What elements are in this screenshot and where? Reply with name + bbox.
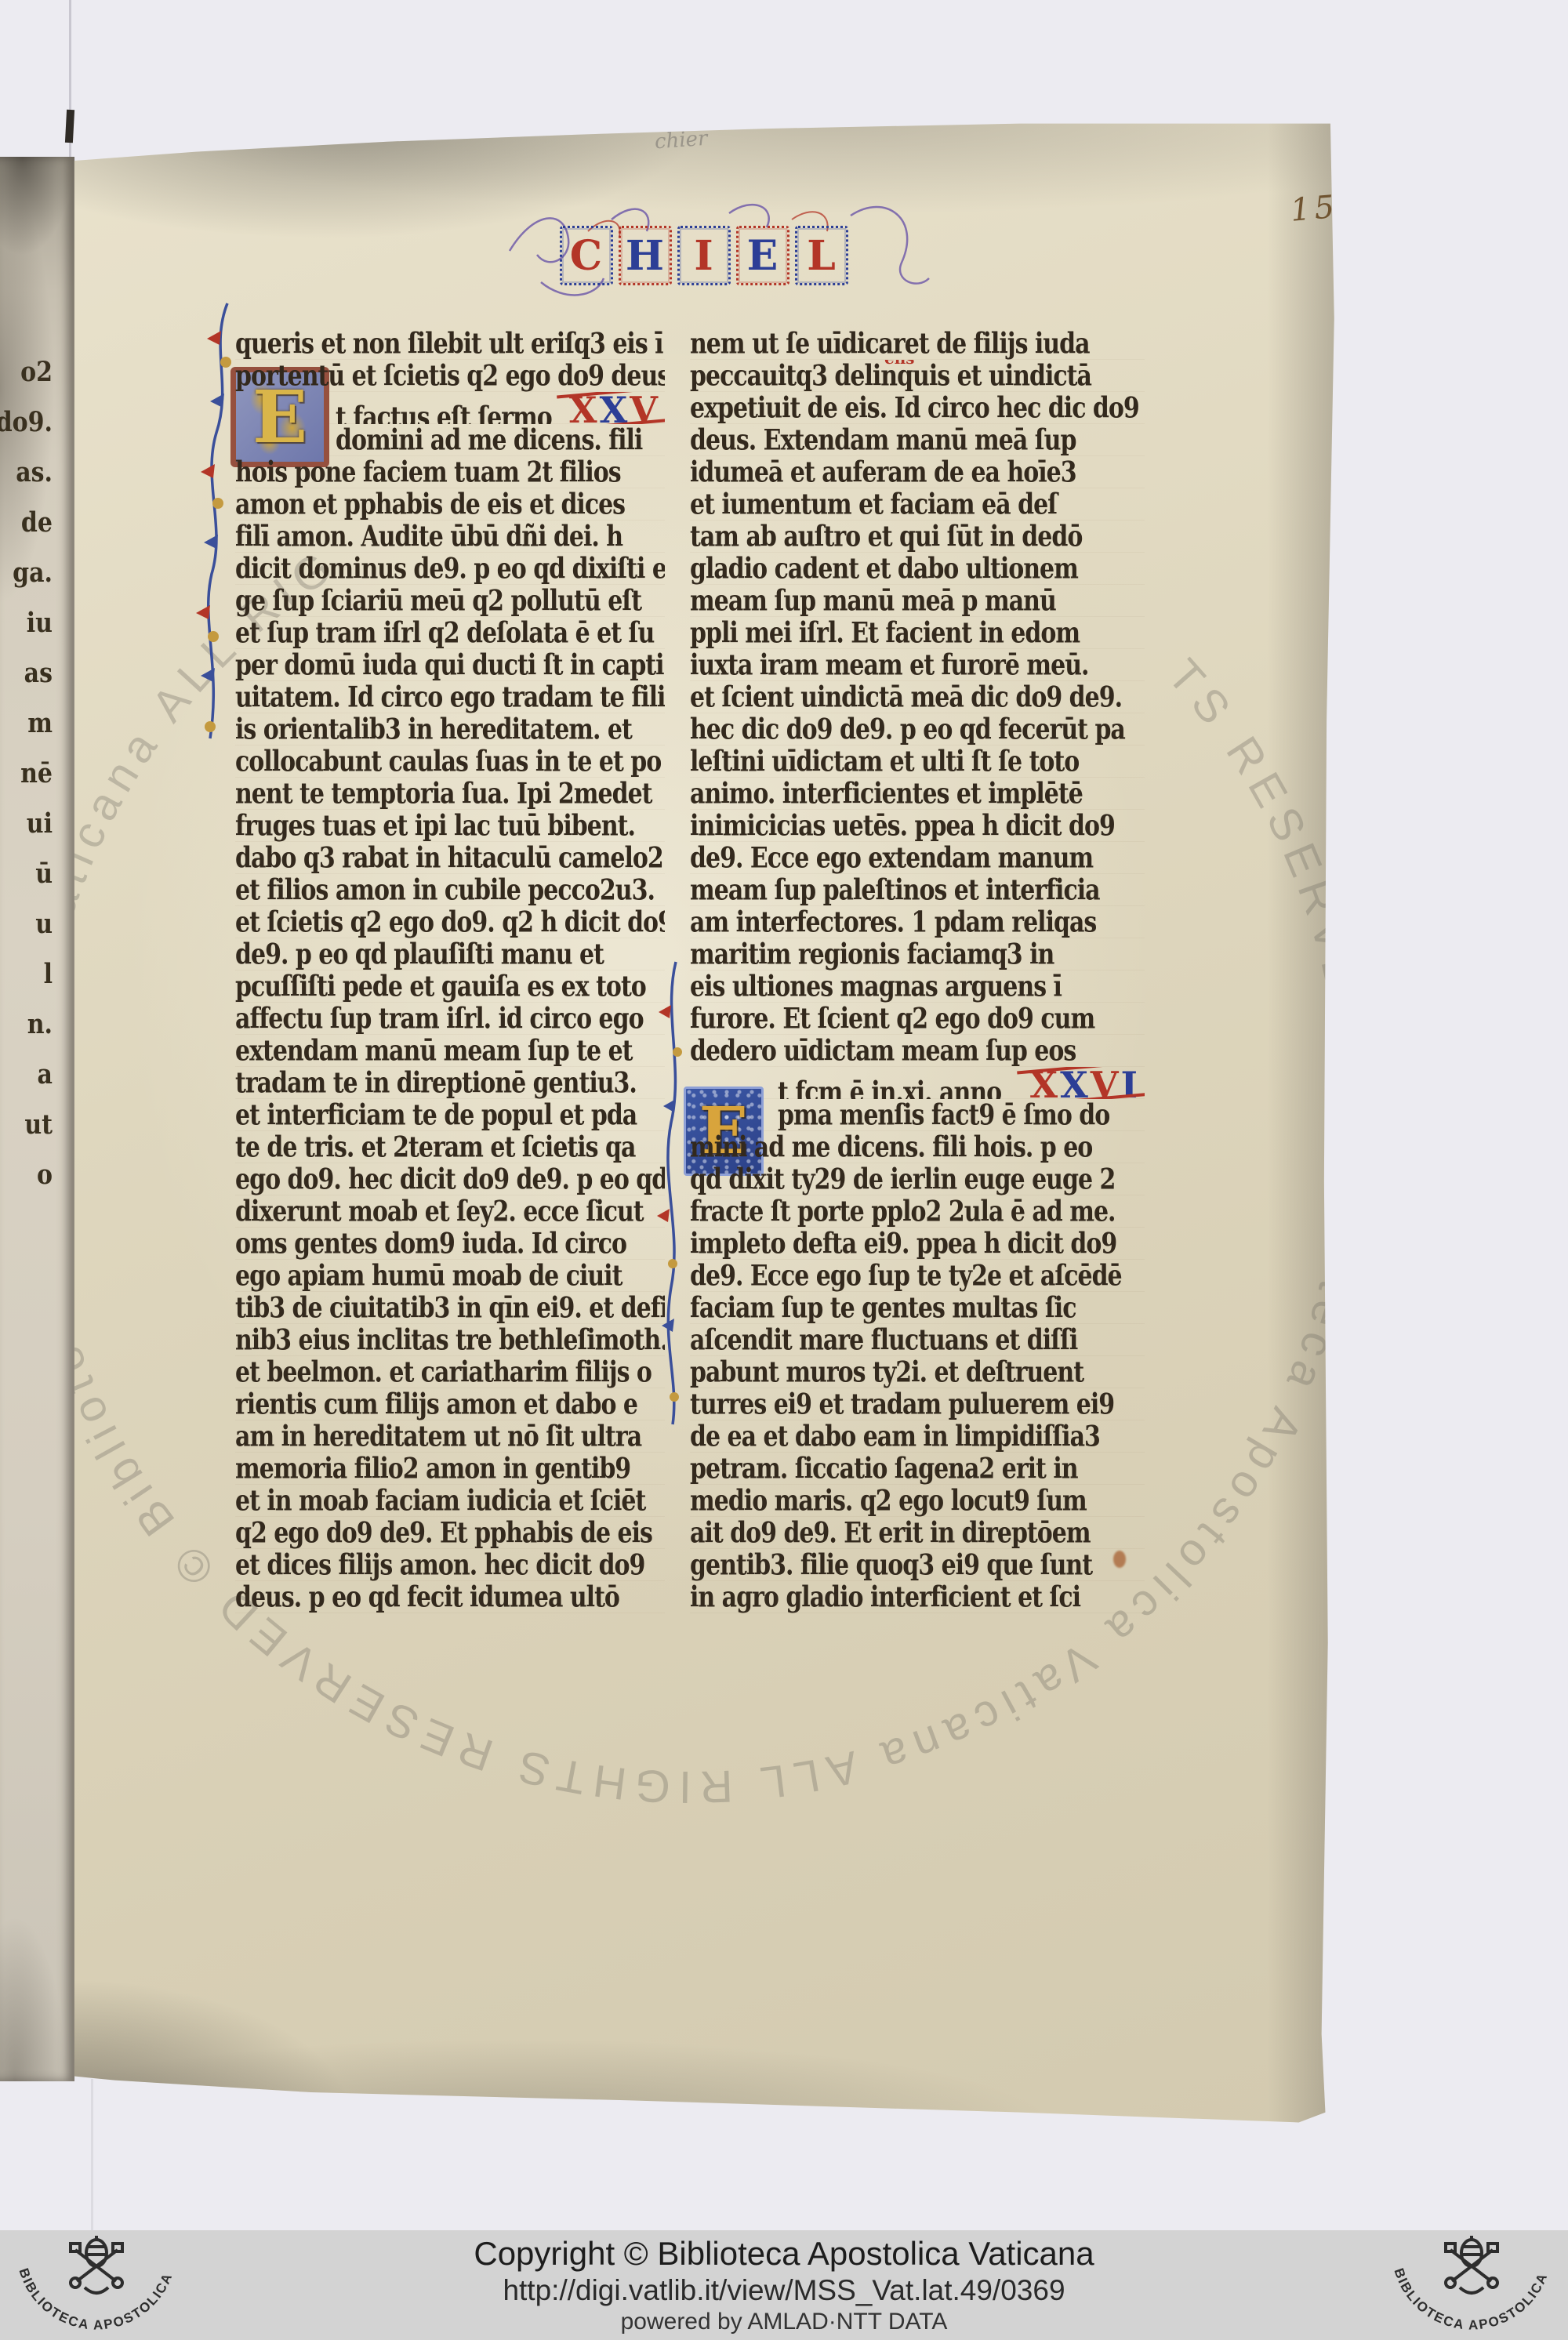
manuscript-line: q2 ego do9 de9. Et pphabis de eis xyxy=(235,1517,665,1549)
running-title-letter: L xyxy=(795,226,848,285)
manuscript-line: te de tris. et 2teram et ſcietis qa xyxy=(235,1131,665,1163)
manuscript-line: et dices filijs amon. hec dicit do9 xyxy=(235,1549,665,1581)
margin-text-fragment: ū xyxy=(35,858,53,914)
margin-text-fragment: n. xyxy=(27,1009,53,1065)
manuscript-line: inimicicias uetēs. ppea h dicit do9 xyxy=(690,810,1145,842)
margin-text-fragment: iu xyxy=(27,608,53,663)
manuscript-line: ego apiam humū moab de ciuit xyxy=(235,1260,665,1292)
pencil-annotation: chier xyxy=(654,127,708,154)
chapter-numeral: XXVI xyxy=(1025,1067,1145,1099)
manuscript-line: tib3 de ciuitatib3 in qīn ei9. et defi xyxy=(235,1292,665,1324)
manuscript-line: qd dixit ty29 de ierlin euge euge 2 xyxy=(690,1163,1145,1195)
manuscript-column-left: E queris et non ſilebit ult eriſq3 eis ī… xyxy=(235,328,665,1613)
running-title-letter: C xyxy=(560,226,613,285)
manuscript-line: t factus eſt ſermoXXV xyxy=(235,392,665,424)
manuscript-line: domini ad me dicens. fili xyxy=(235,424,665,456)
footer-url: http://digi.vatlib.it/view/MSS_Vat.lat.4… xyxy=(503,2274,1065,2307)
manuscript-line: filī amon. Audite ūbū dñi dei. h xyxy=(235,521,665,553)
manuscript-column-right: E nem ut ſe uīdicaret de filijs iudapecc… xyxy=(690,328,1145,1613)
manuscript-line: in agro gladio interficient et ſci xyxy=(690,1581,1145,1613)
manuscript-line: pcuſſiſti pede et gauiſa es ex toto xyxy=(235,970,665,1003)
folio-number: 153 xyxy=(1289,187,1363,229)
manuscript-line: affectu ſup tram iſrl. id circo ego xyxy=(235,1003,665,1035)
manuscript-line: deus. Extendam manū meā ſup xyxy=(690,424,1145,456)
manuscript-line: faciam ſup te gentes multas ſic xyxy=(690,1292,1145,1324)
manuscript-line: expetiuit de eis. Id circo hec dic do9 xyxy=(690,392,1145,424)
manuscript-line: deus. p eo qd fecit idumea ultō xyxy=(235,1581,665,1613)
manuscript-line: ppli mei iſrl. Et facient in edom xyxy=(690,617,1145,649)
manuscript-line: furore. Et ſcient q2 ego do9 cum xyxy=(690,1003,1145,1035)
manuscript-line: ego do9. hec dicit do9 de9. p eo qd xyxy=(235,1163,665,1195)
manuscript-line: mini ad me dicens. fili hois. p eo xyxy=(690,1131,1145,1163)
running-title-letter: H xyxy=(619,226,672,285)
manuscript-line: et in moab faciam iudicia et ſciēt xyxy=(235,1485,665,1517)
binding-notch xyxy=(65,110,74,143)
margin-text-fragment: do9. xyxy=(0,407,53,463)
manuscript-line: turres ei9 et tradam puluerem ei9 xyxy=(690,1388,1145,1420)
corner-mark-number: 33 xyxy=(1417,1913,1457,1950)
manuscript-line: dixerunt moab et ſey2. ecce ſicut xyxy=(235,1195,665,1228)
digitized-manuscript-scan: { "document": { "folio_number": "153", "… xyxy=(0,0,1568,2340)
manuscript-line: maritim regionis faciamq3 in xyxy=(690,938,1145,970)
manuscript-line: de9. Ecce ego extendam manum xyxy=(690,842,1145,874)
margin-text-fragment: as. xyxy=(16,457,53,513)
manuscript-line: meam ſup paleſtinos et interficia xyxy=(690,874,1145,906)
manuscript-line: et ſcient uindictā meā dic do9 de9. xyxy=(690,681,1145,713)
manuscript-line: gladio cadent et dabo ultionem xyxy=(690,553,1145,585)
page-seam xyxy=(91,2079,93,2233)
corner-mark-squiggle: ~ xyxy=(1421,1940,1460,1962)
manuscript-line: et ſup tram iſrl q2 deſolata ē et ſu xyxy=(235,617,665,649)
manuscript-line: leſtini uīdictam et ulti ſt ſe toto xyxy=(690,746,1145,778)
manuscript-line: extendam manū meam ſup te et xyxy=(235,1035,665,1067)
manuscript-line: per domū iuda qui ducti ſt in capti xyxy=(235,649,665,681)
manuscript-line: et iumentum et faciam eā deſ xyxy=(690,488,1145,521)
manuscript-line: de ea et dabo eam in limpidiſſia3 xyxy=(690,1420,1145,1453)
manuscript-line: nib3 eius inclitas tre bethleſimoth. xyxy=(235,1324,665,1356)
manuscript-line: et beelmon. et cariatharim filijs o xyxy=(235,1356,665,1388)
manuscript-line: de9. Ecce ego ſup te ty2e et aſcēdē xyxy=(690,1260,1145,1292)
margin-text-fragment: de xyxy=(21,507,53,563)
manuscript-line: nent te temptoria ſua. Ipi 2medet xyxy=(235,778,665,810)
margin-text-fragment: u xyxy=(35,909,53,964)
manuscript-line: ait do9 de9. Et erit in direptōem xyxy=(690,1517,1145,1549)
footer-copyright: Copyright © Biblioteca Apostolica Vatica… xyxy=(474,2235,1094,2273)
manuscript-line: fruges tuas et ipi lac tuū bibent. xyxy=(235,810,665,842)
margin-text-fragment: ui xyxy=(27,808,53,864)
manuscript-line: idumeā et auferam de ea hoīe3 xyxy=(690,456,1145,488)
manuscript-line: impleto defta ei9. ppea h dicit do9 xyxy=(690,1228,1145,1260)
margin-text-fragment: o xyxy=(37,1159,53,1215)
footer-powered-by: powered by AMLAD·NTT DATA xyxy=(621,2309,948,2335)
running-title-letter: E xyxy=(736,226,789,285)
manuscript-line: dicit dominus de9. p eo qd dixiſti eu xyxy=(235,553,665,585)
manuscript-line: aſcendit mare fluctuans et diſſi xyxy=(690,1324,1145,1356)
page-stack-strip: o2do9.as.dega.iuasmnēuiūuln.auto xyxy=(0,157,74,2081)
scribal-correction: ens xyxy=(884,360,915,368)
footer-bar: Copyright © Biblioteca Apostolica Vatica… xyxy=(0,2230,1568,2340)
margin-text-fragment: o2 xyxy=(20,357,53,412)
manuscript-line: nem ut ſe uīdicaret de filijs iuda xyxy=(690,328,1145,360)
manuscript-line: memoria filio2 amon in gentib9 xyxy=(235,1453,665,1485)
margin-text-fragment: l xyxy=(44,959,53,1014)
manuscript-line: peccauitq3 delinquis et uindictāens xyxy=(690,360,1145,392)
manuscript-line: hec dic do9 de9. p eo qd fecerūt pa xyxy=(690,713,1145,746)
manuscript-line: collocabunt caulas ſuas in te et po xyxy=(235,746,665,778)
manuscript-line: petram. ſiccatio ſagena2 erit in xyxy=(690,1453,1145,1485)
manuscript-line: fracte ſt porte pplo2 2ula ē ad me. xyxy=(690,1195,1145,1228)
manuscript-line: tam ab auſtro et qui ſūt in dedō xyxy=(690,521,1145,553)
manuscript-line: hois pone faciem tuam 2t filios xyxy=(235,456,665,488)
margin-text-fragment: a xyxy=(38,1059,53,1115)
manuscript-line: rientis cum filijs amon et dabo e xyxy=(235,1388,665,1420)
parchment-page: TS RESERVED © Biblioteca Apostolica Vati… xyxy=(71,118,1337,2124)
manuscript-line: et ſcietis q2 ego do9. q2 h dicit do9 xyxy=(235,906,665,938)
manuscript-line: am interfectores. 1 pdam reliqas xyxy=(690,906,1145,938)
manuscript-line: dedero uīdictam meam ſup eos xyxy=(690,1035,1145,1067)
manuscript-line: queris et non ſilebit ult eriſq3 eis ī xyxy=(235,328,665,360)
manuscript-line: de9. p eo qd plauſiſti manu et xyxy=(235,938,665,970)
manuscript-line: meam ſup manū meā p manū xyxy=(690,585,1145,617)
manuscript-line: ge ſup ſciariū meū q2 pollutū eſt xyxy=(235,585,665,617)
manuscript-line: pabunt muros ty2i. et deſtruent xyxy=(690,1356,1145,1388)
corner-mark: 33 ~ xyxy=(1417,1917,1460,1962)
vatican-library-logo-right: BIBLIOTECA APOSTOLICA VATICANA xyxy=(1381,2232,1562,2337)
manuscript-line: pma menſis fact9 ē ſmo do xyxy=(690,1099,1145,1131)
margin-text-fragment: m xyxy=(27,708,53,764)
margin-text-fragment: nē xyxy=(20,758,53,814)
manuscript-line: t fcm ē in.xi. annoXXVI xyxy=(690,1067,1145,1099)
running-title: CHIEL xyxy=(71,226,1337,285)
manuscript-line: uitatem. Id circo ego tradam te fili xyxy=(235,681,665,713)
crossed-keys-icon xyxy=(71,2236,122,2293)
manuscript-line: am in hereditatem ut nō ſit ultra xyxy=(235,1420,665,1453)
manuscript-line: is orientalib3 in hereditatem. et xyxy=(235,713,665,746)
manuscript-line: tradam te in direptionē gentiu3. xyxy=(235,1067,665,1099)
margin-text-fragment: ga. xyxy=(13,557,53,613)
running-title-letter: I xyxy=(677,226,731,285)
manuscript-line: et interficiam te de popul et pda xyxy=(235,1099,665,1131)
manuscript-line: eis ultiones magnas arguens ī xyxy=(690,970,1145,1003)
chapter-numeral: XXV xyxy=(564,392,665,424)
manuscript-line: dabo q3 rabat in hitaculū camelo2 xyxy=(235,842,665,874)
crossed-keys-icon xyxy=(1446,2236,1497,2293)
manuscript-line: gentib3. filie quoq3 ei9 que ſunt xyxy=(690,1549,1145,1581)
manuscript-line: iuxta iram meam et furorē meū. xyxy=(690,649,1145,681)
manuscript-line: animo. interficientes et implētē xyxy=(690,778,1145,810)
manuscript-line: et filios amon in cubile pecco2u3. xyxy=(235,874,665,906)
manuscript-line: oms gentes dom9 iuda. Id circo xyxy=(235,1228,665,1260)
manuscript-line: portentū et ſcietis q2 ego do9 deus. xyxy=(235,360,665,392)
vatican-library-logo-left: BIBLIOTECA APOSTOLICA VATICANA xyxy=(6,2232,187,2337)
manuscript-line: medio maris. q2 ego locut9 ſum xyxy=(690,1485,1145,1517)
margin-text-fragment: ut xyxy=(24,1109,53,1165)
margin-text-fragment: as xyxy=(24,658,53,713)
manuscript-line: amon et pphabis de eis et dices xyxy=(235,488,665,521)
